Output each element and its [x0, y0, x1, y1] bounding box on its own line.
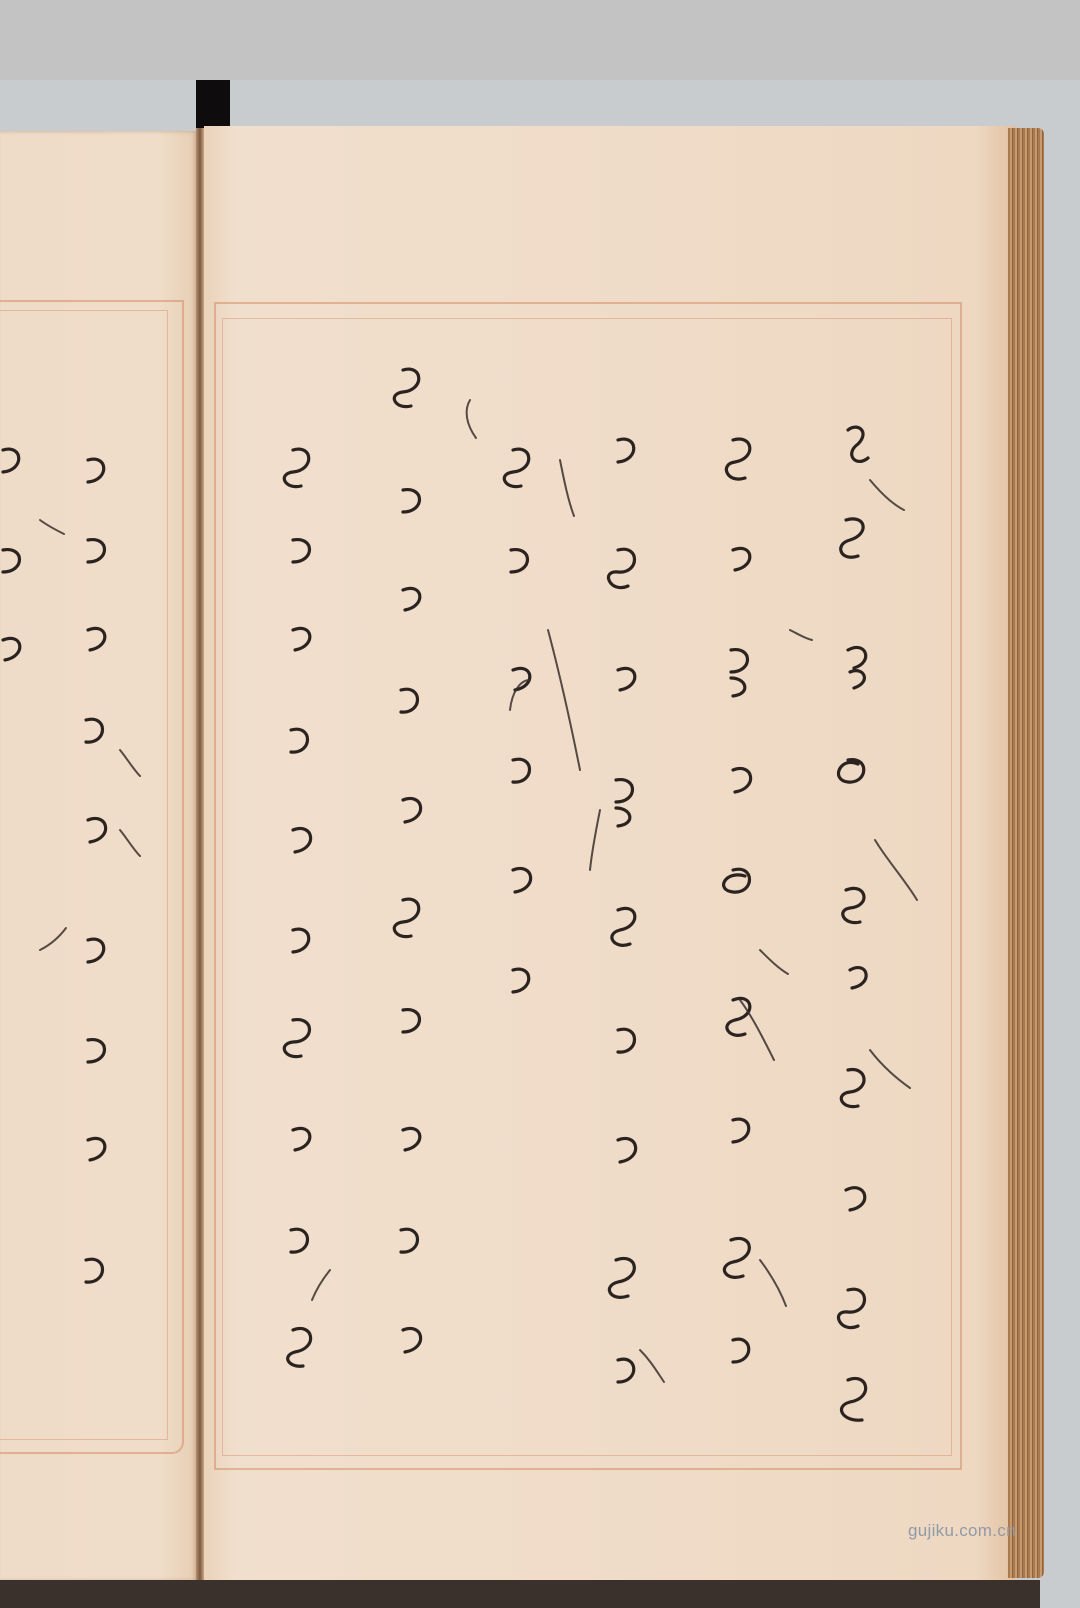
handwritten-script-columns [0, 0, 1080, 1608]
site-watermark: gujiku.com.cn [908, 1521, 1016, 1541]
